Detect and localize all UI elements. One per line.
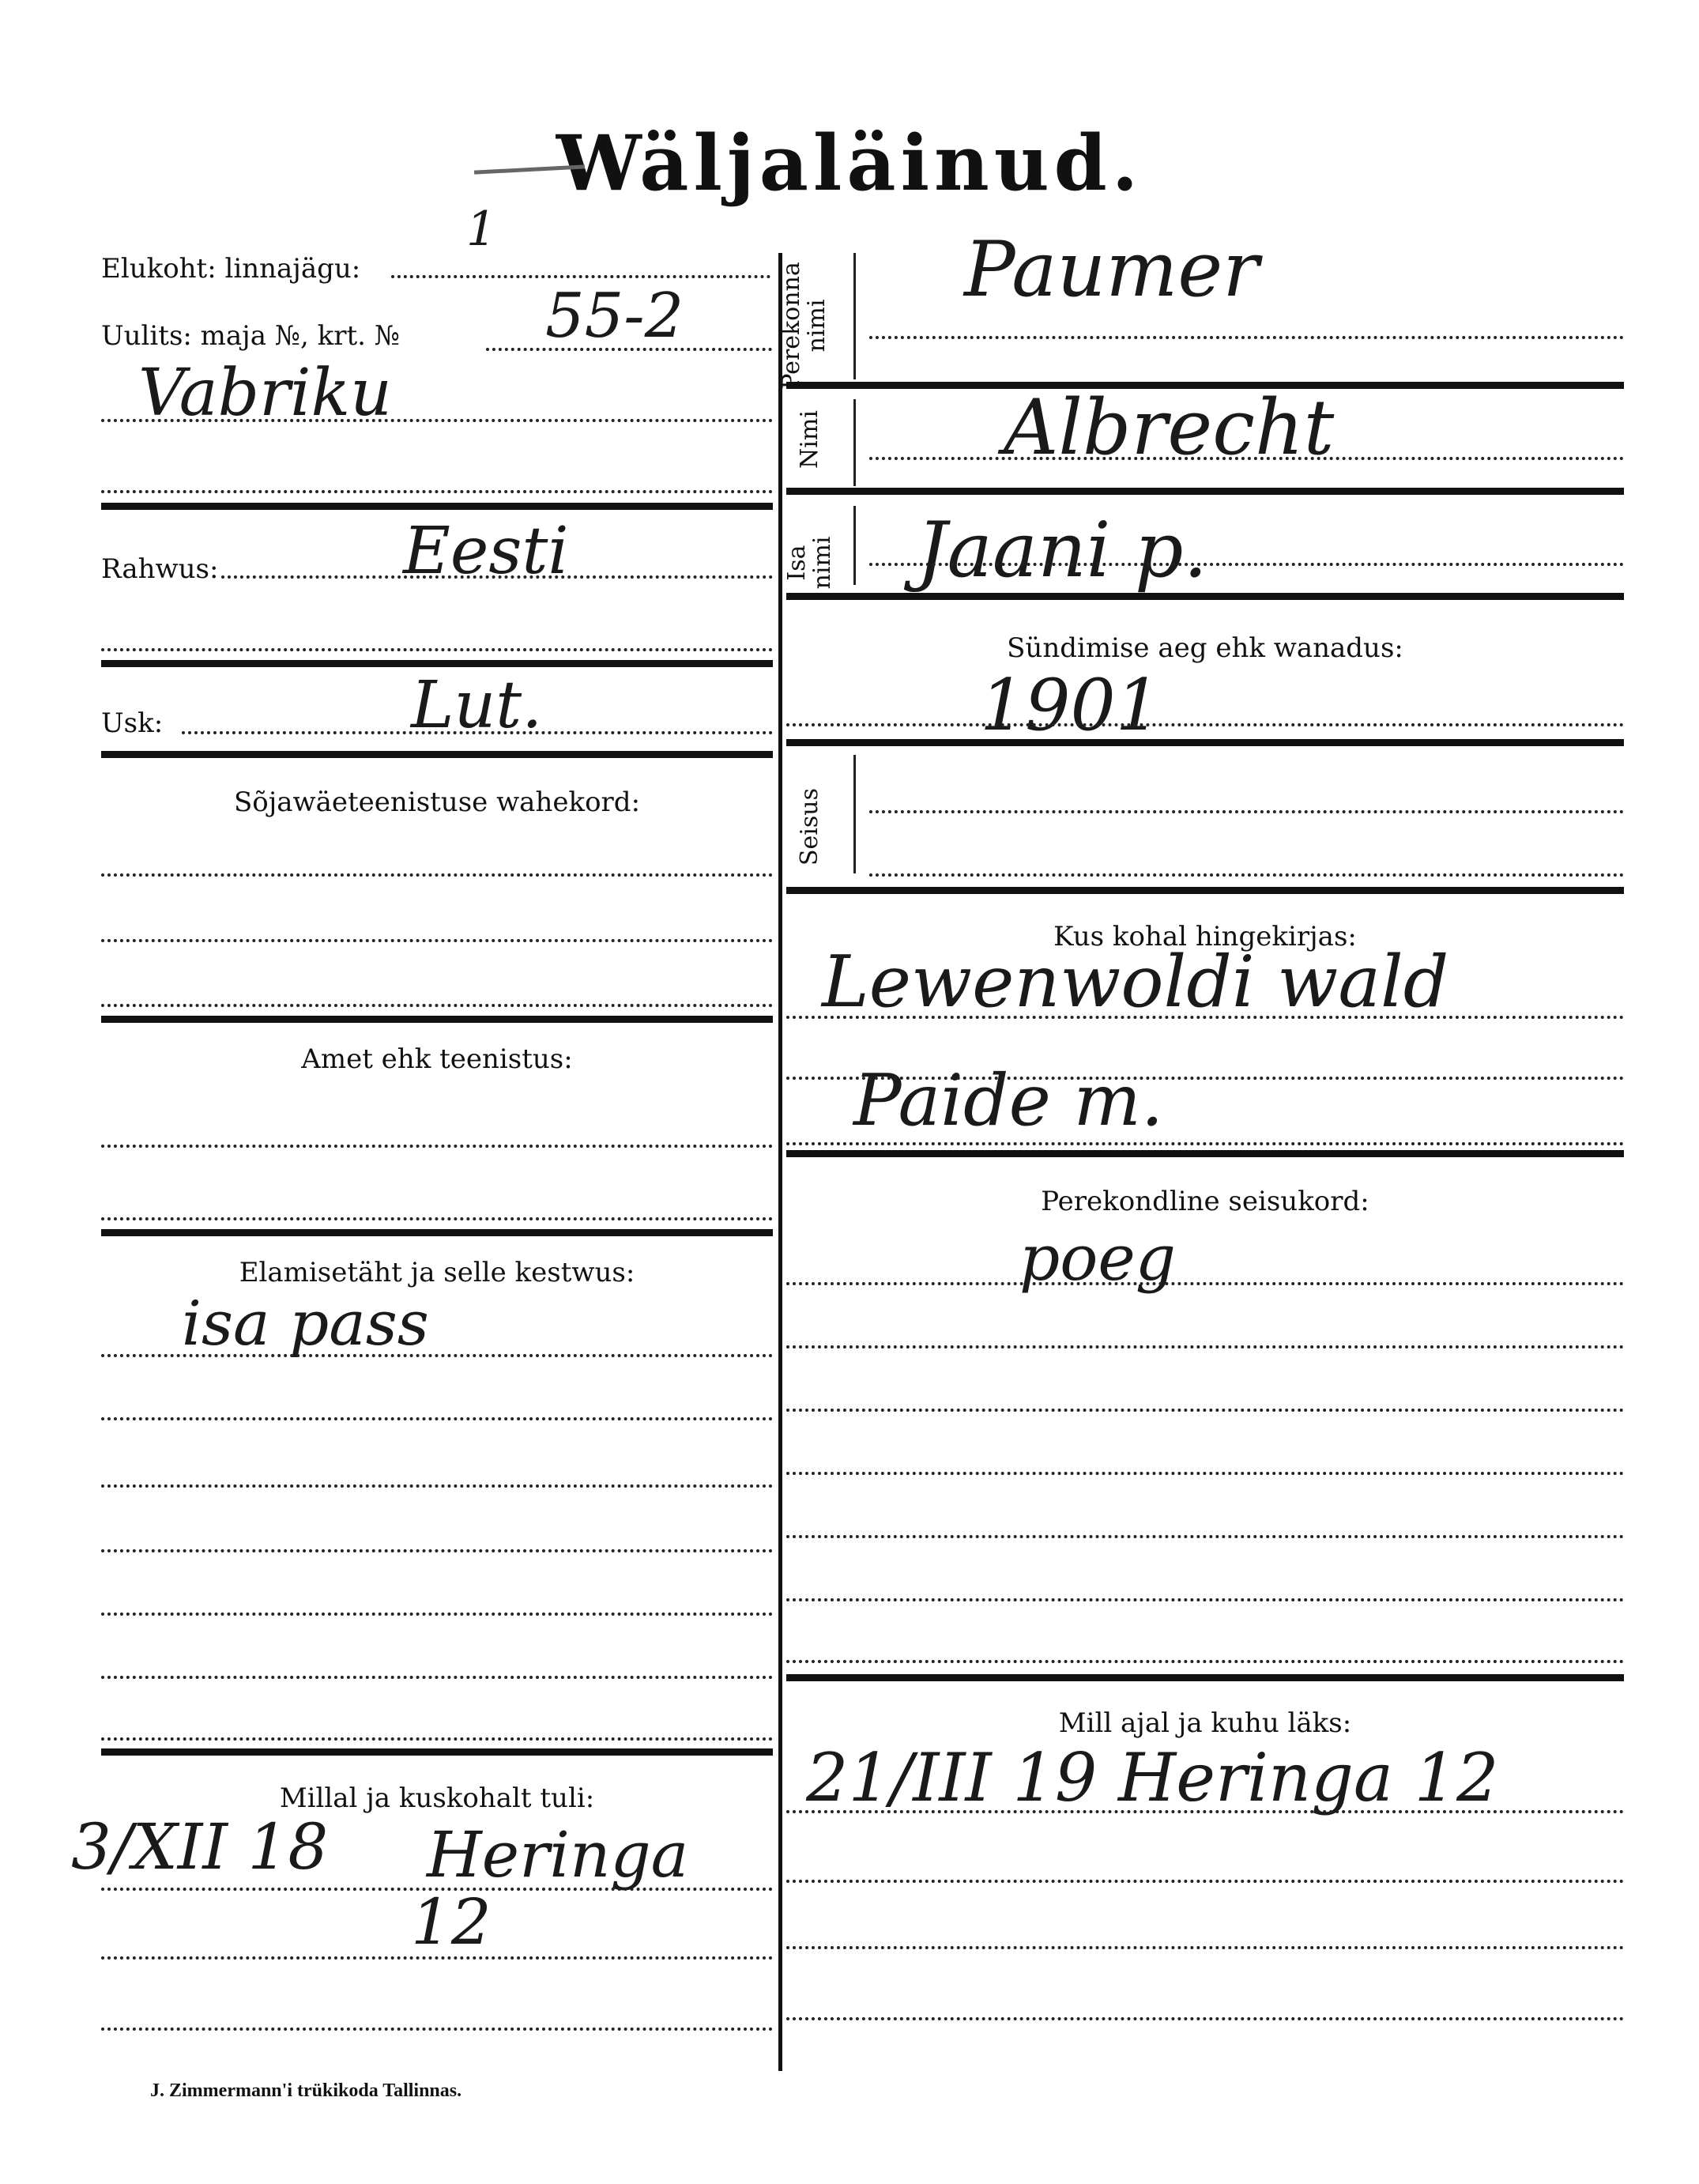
printer-imprint: J. Zimmermann'i trükikoda Tallinnas. xyxy=(150,2080,461,2102)
usk-label: Usk: xyxy=(101,707,163,739)
arrival-date: 3/XII 18 xyxy=(71,1810,328,1884)
seisus-label-divider xyxy=(853,755,856,873)
birth-line xyxy=(786,723,1624,726)
registry-line-3 xyxy=(786,1142,1624,1145)
section-rule xyxy=(786,1674,1624,1681)
section-rule xyxy=(101,660,773,667)
birth-value: 1901 xyxy=(980,664,1161,747)
rahvus-line-2 xyxy=(101,648,773,651)
military-line-2 xyxy=(101,939,773,942)
surname-line xyxy=(869,336,1624,339)
departure-value: 21/III 19 Heringa 12 xyxy=(806,1739,1499,1816)
section-rule xyxy=(101,1229,773,1236)
registry-line-2 xyxy=(786,1077,1624,1080)
elamisluba-label: Elamisetäht ja selle kestwus: xyxy=(101,1257,773,1288)
elamisluba-line-3 xyxy=(101,1484,773,1488)
uulits-number-value: 55-2 xyxy=(545,281,684,352)
family-line-1 xyxy=(786,1282,1624,1285)
firstname-label-divider xyxy=(853,399,856,486)
seisus-label: Seisus xyxy=(797,787,823,866)
surname-side-label: Perekonna nimi xyxy=(786,249,822,383)
departure-line-2 xyxy=(786,1880,1624,1883)
amet-line-1 xyxy=(101,1145,773,1148)
registry-value-line2: Paide m. xyxy=(853,1059,1163,1142)
amet-line-2 xyxy=(101,1217,773,1220)
father-label-divider xyxy=(853,506,856,585)
form-title: Wäljaläinud. xyxy=(0,119,1699,208)
family-line-6 xyxy=(786,1598,1624,1601)
family-label: Perekondline seisukord: xyxy=(786,1186,1624,1217)
elamisluba-line-1 xyxy=(101,1354,773,1357)
family-line-4 xyxy=(786,1472,1624,1475)
elamisluba-line-5 xyxy=(101,1613,773,1616)
surname-label-divider xyxy=(853,253,856,379)
father-value: Jaani p. xyxy=(917,506,1207,594)
address-line-2 xyxy=(101,419,773,422)
elamisluba-value: isa pass xyxy=(182,1288,429,1360)
firstname-label: Nimi xyxy=(797,408,823,471)
father-side-label: Isa nimi xyxy=(786,506,834,601)
section-rule xyxy=(101,1016,773,1023)
section-rule xyxy=(101,503,773,510)
arrival-line-3 xyxy=(101,2027,773,2031)
arrival-label: Millal ja kuskohalt tuli: xyxy=(101,1782,773,1814)
arrival-place-line1: Heringa xyxy=(427,1818,688,1892)
elamisluba-line-4 xyxy=(101,1549,773,1552)
firstname-line xyxy=(869,457,1624,460)
usk-value: Lut. xyxy=(411,668,542,743)
military-line-3 xyxy=(101,1004,773,1007)
surname-value: Paumer xyxy=(964,225,1259,314)
family-line-7 xyxy=(786,1660,1624,1663)
departure-line-1 xyxy=(786,1810,1624,1813)
number-mark: 1 xyxy=(466,202,496,257)
section-rule xyxy=(786,739,1624,746)
departure-line-4 xyxy=(786,2017,1624,2020)
military-label: Sõjawäeteenistuse wahekord: xyxy=(101,786,773,818)
rahvus-value: Eesti xyxy=(403,514,569,589)
address-line-3 xyxy=(101,490,773,493)
family-line-3 xyxy=(786,1409,1624,1412)
arrival-place-line2: 12 xyxy=(411,1885,492,1959)
elukoht-label: Elukoht: linnajägu: xyxy=(101,253,360,285)
amet-label: Amet ehk teenistus: xyxy=(101,1043,773,1075)
military-line-1 xyxy=(101,873,773,877)
family-line-2 xyxy=(786,1345,1624,1348)
elukoht-line xyxy=(391,275,770,278)
center-divider xyxy=(778,253,782,2071)
uulits-label: Uulits: maja №, krt. № xyxy=(101,320,400,352)
elamisluba-line-7 xyxy=(101,1737,773,1741)
family-line-5 xyxy=(786,1535,1624,1538)
departure-label: Mill ajal ja kuhu läks: xyxy=(786,1707,1624,1739)
section-rule xyxy=(786,593,1624,600)
section-rule xyxy=(101,1748,773,1756)
departure-line-3 xyxy=(786,1946,1624,1949)
elamisluba-line-2 xyxy=(101,1417,773,1420)
rahvus-label: Rahwus: xyxy=(101,553,218,585)
seisus-line-1 xyxy=(869,810,1624,813)
birth-label: Sündimise aeg ehk wanadus: xyxy=(786,632,1624,664)
section-rule xyxy=(786,1150,1624,1157)
registry-value-line1: Lewenwoldi wald xyxy=(822,941,1448,1024)
elamisluba-line-6 xyxy=(101,1676,773,1679)
arrival-line-2 xyxy=(101,1956,773,1960)
surname-label-text: Perekonna nimi xyxy=(779,258,830,393)
section-rule xyxy=(101,751,773,758)
registry-line-1 xyxy=(786,1016,1624,1019)
section-rule xyxy=(786,488,1624,495)
seisus-line-2 xyxy=(869,873,1624,877)
section-rule xyxy=(786,887,1624,894)
father-line xyxy=(869,563,1624,566)
